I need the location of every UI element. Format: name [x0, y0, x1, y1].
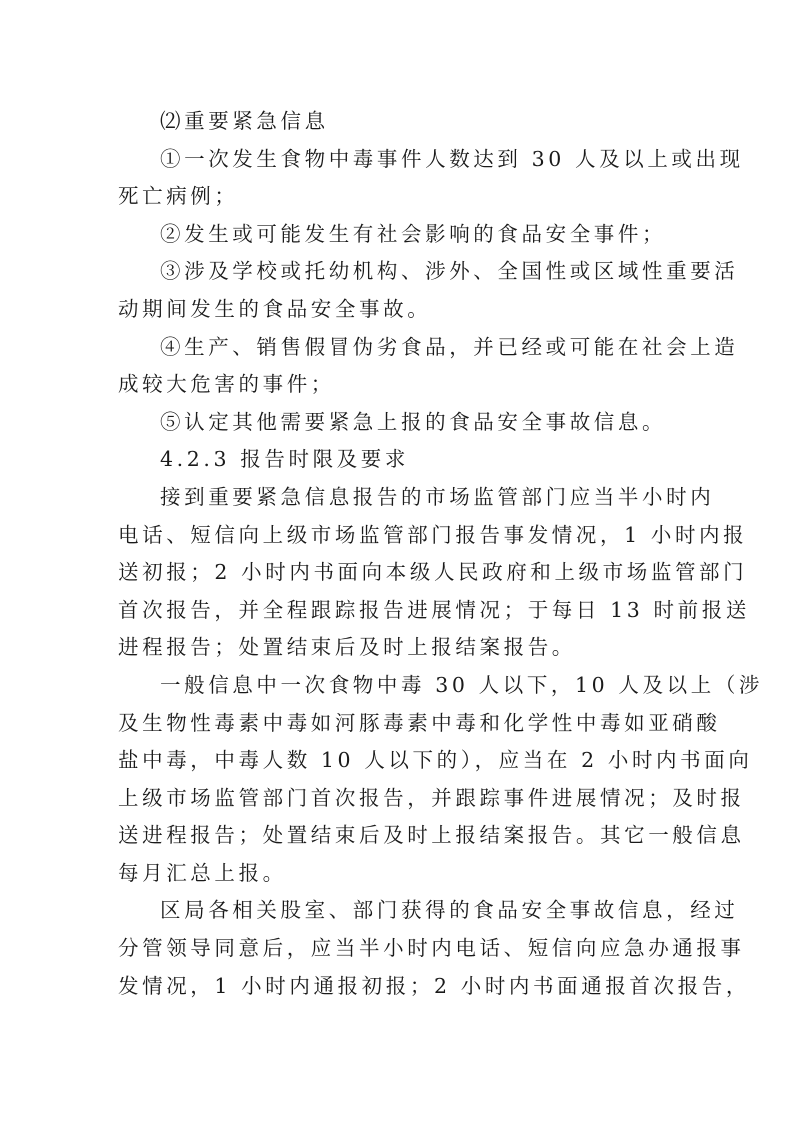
section-title: 4.2.3 报告时限及要求: [118, 441, 674, 479]
section-heading-4-2-3: 4.2.3 报告时限及要求: [118, 441, 674, 479]
text-line: ③涉及学校或托幼机构、涉外、全国性或区域性重要活: [118, 253, 674, 291]
text-line: 死亡病例；: [118, 178, 674, 216]
paragraph-general-report: 一般信息中一次食物中毒 30 人以下，10 人及以上（涉 及生物性毒素中毒如河豚…: [118, 667, 674, 893]
text-line: 区局各相关股室、部门获得的食品安全事故信息，经过: [118, 892, 674, 930]
paragraph-district-bureau-report: 区局各相关股室、部门获得的食品安全事故信息，经过 分管领导同意后，应当半小时内电…: [118, 892, 674, 1005]
text-line: ④生产、销售假冒伪劣食品，并已经或可能在社会上造: [118, 329, 674, 367]
text-line: 每月汇总上报。: [118, 855, 674, 893]
list-item-4: ④生产、销售假冒伪劣食品，并已经或可能在社会上造 成较大危害的事件；: [118, 329, 674, 404]
text-line: 动期间发生的食品安全事故。: [118, 291, 674, 329]
text-line: 送进程报告；处置结束后及时上报结案报告。其它一般信息: [118, 817, 674, 855]
text-line: 一般信息中一次食物中毒 30 人以下，10 人及以上（涉: [118, 667, 674, 705]
list-item-2: ②发生或可能发生有社会影响的食品安全事件；: [118, 216, 674, 254]
text-line: 首次报告，并全程跟踪报告进展情况；于每日 13 时前报送: [118, 592, 674, 630]
text-line: 接到重要紧急信息报告的市场监管部门应当半小时内: [118, 479, 674, 517]
text-line: 发情况，1 小时内通报初报；2 小时内书面通报首次报告，: [118, 968, 674, 1006]
text-line: 成较大危害的事件；: [118, 366, 674, 404]
text-line: 上级市场监管部门首次报告，并跟踪事件进展情况；及时报: [118, 780, 674, 818]
text-line: ①一次发生食物中毒事件人数达到 30 人及以上或出现: [118, 141, 674, 179]
list-item-5: ⑤认定其他需要紧急上报的食品安全事故信息。: [118, 404, 674, 442]
heading-important-urgent-info: ⑵重要紧急信息: [118, 103, 674, 141]
text-line: 盐中毒，中毒人数 10 人以下的），应当在 2 小时内书面向: [118, 742, 674, 780]
list-item-1: ①一次发生食物中毒事件人数达到 30 人及以上或出现 死亡病例；: [118, 141, 674, 216]
text-line: 分管领导同意后，应当半小时内电话、短信向应急办通报事: [118, 930, 674, 968]
text-line: ⑵重要紧急信息: [118, 103, 674, 141]
text-line: 及生物性毒素中毒如河豚毒素中毒和化学性中毒如亚硝酸: [118, 705, 674, 743]
list-item-3: ③涉及学校或托幼机构、涉外、全国性或区域性重要活 动期间发生的食品安全事故。: [118, 253, 674, 328]
text-line: 进程报告；处置结束后及时上报结案报告。: [118, 629, 674, 667]
document-page: ⑵重要紧急信息 ①一次发生食物中毒事件人数达到 30 人及以上或出现 死亡病例；…: [118, 103, 674, 1005]
text-line: ②发生或可能发生有社会影响的食品安全事件；: [118, 216, 674, 254]
text-line: ⑤认定其他需要紧急上报的食品安全事故信息。: [118, 404, 674, 442]
text-line: 送初报；2 小时内书面向本级人民政府和上级市场监管部门: [118, 554, 674, 592]
text-line: 电话、短信向上级市场监管部门报告事发情况，1 小时内报: [118, 517, 674, 555]
paragraph-urgent-report-timeline: 接到重要紧急信息报告的市场监管部门应当半小时内 电话、短信向上级市场监管部门报告…: [118, 479, 674, 667]
